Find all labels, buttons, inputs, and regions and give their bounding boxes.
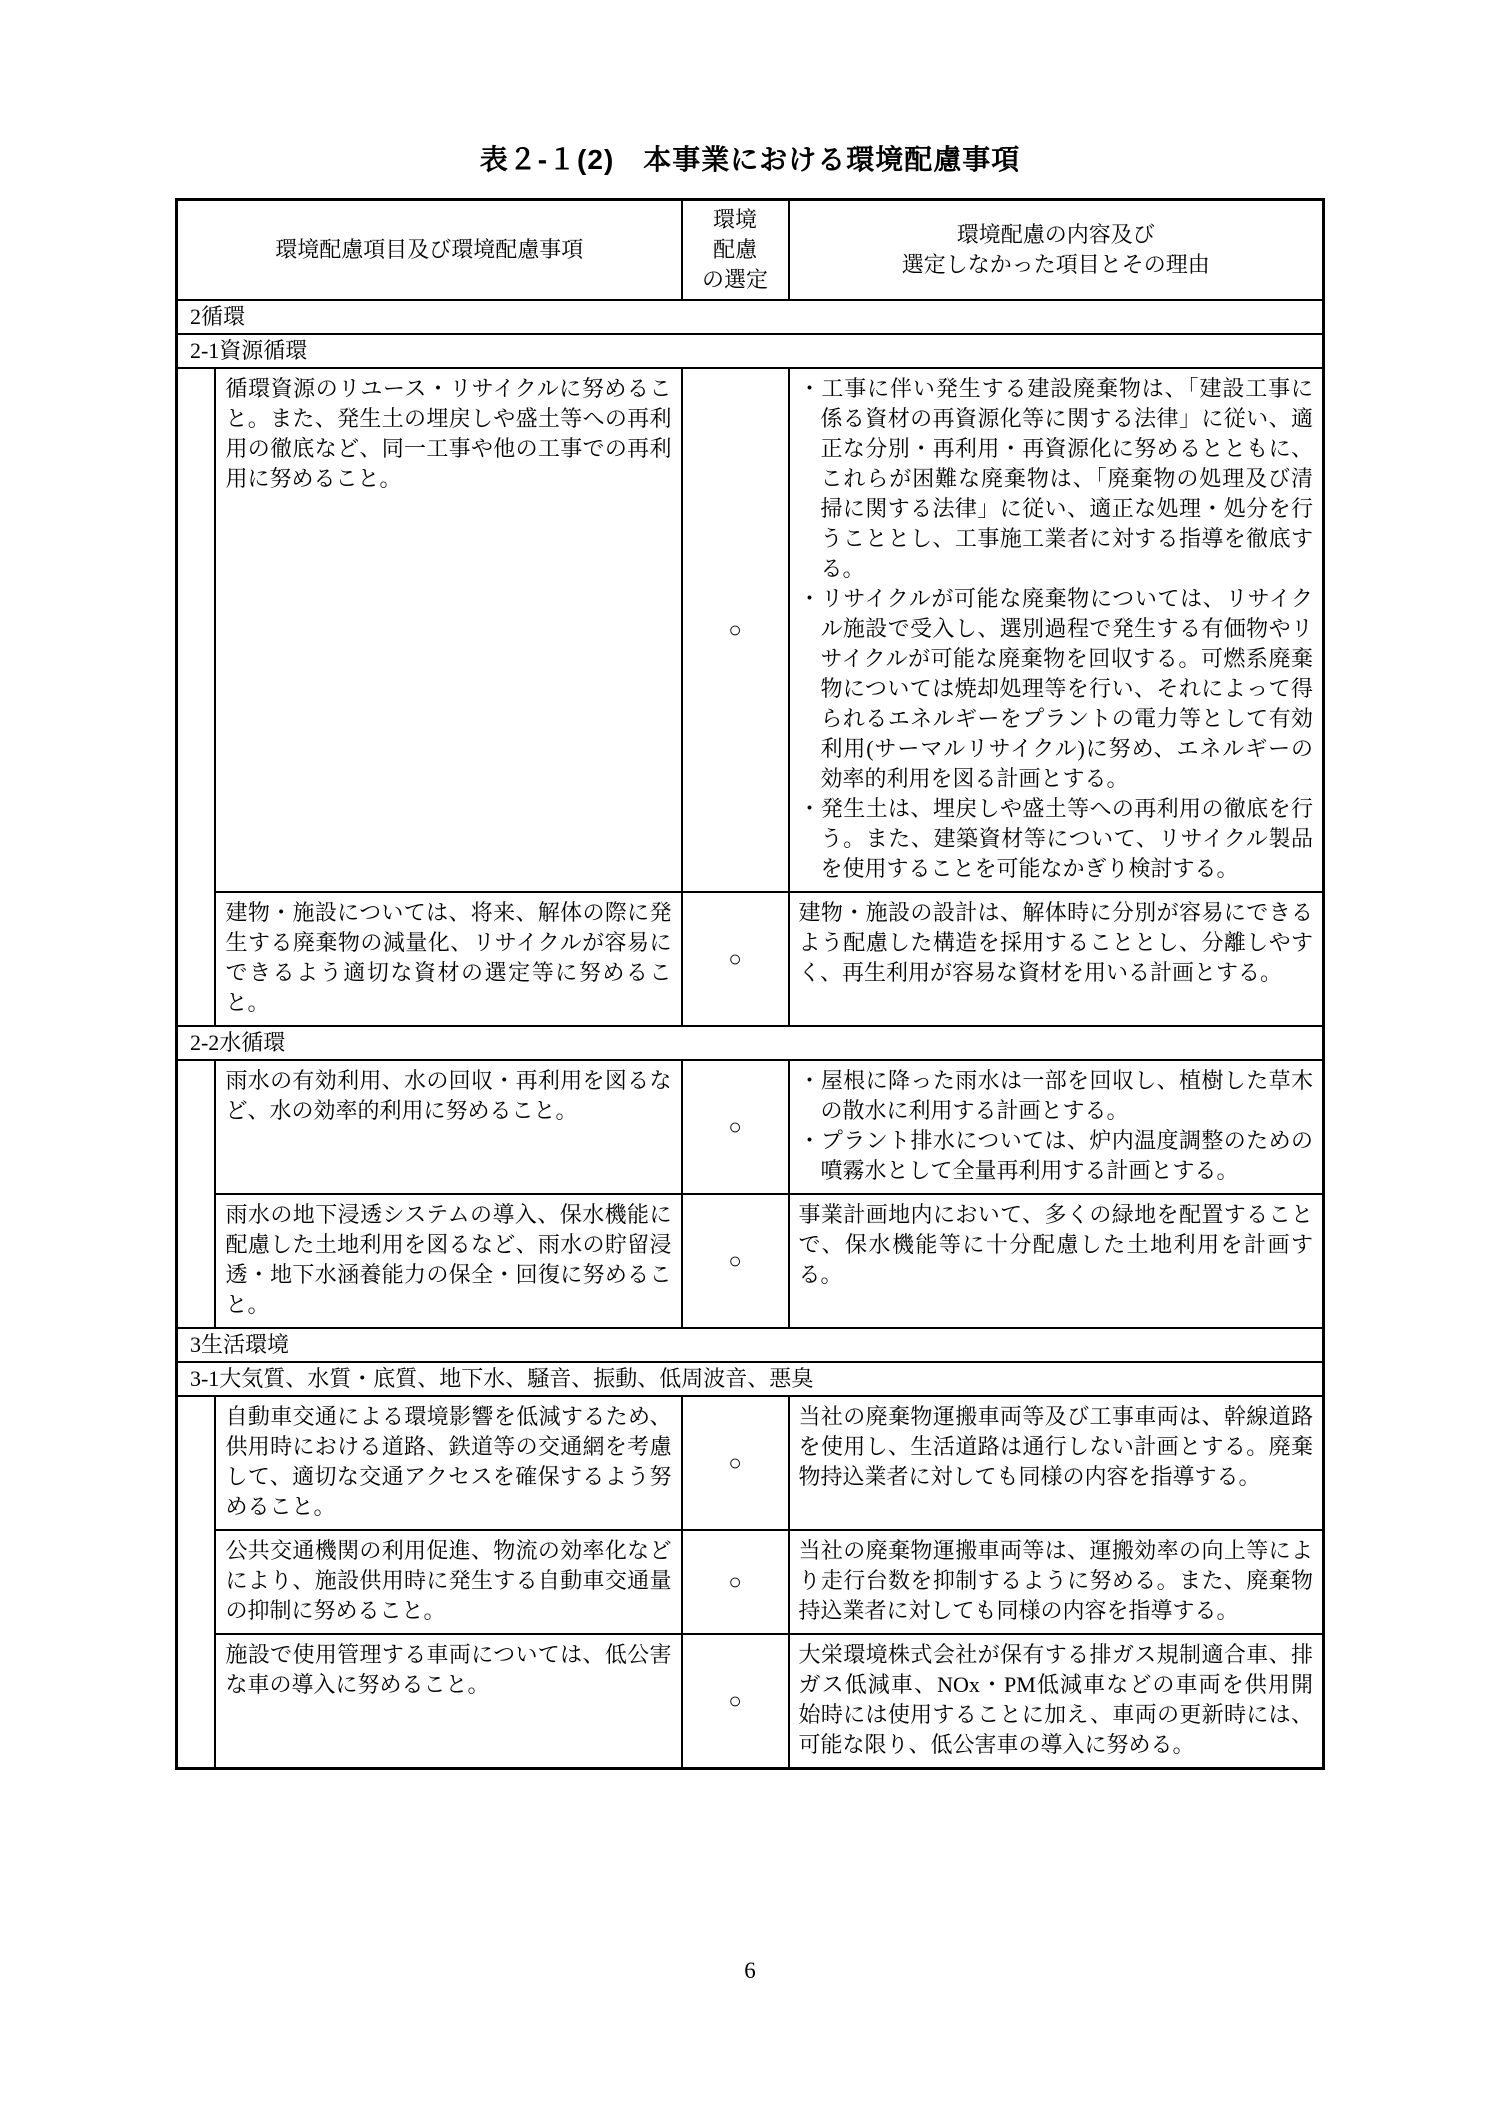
item-text: 雨水の地下浸透システムの導入、保水機能に配慮した土地利用を図るなど、雨水の貯留浸…	[215, 1194, 681, 1328]
section-label: 2-2水循環	[176, 1026, 1323, 1060]
header-selection-column: 環境 配慮 の選定	[682, 200, 789, 301]
selection-mark: ○	[682, 892, 789, 1026]
section-row: 2-1資源循環	[176, 334, 1323, 368]
page-number: 6	[0, 1958, 1500, 1984]
header-selection-line: の選定	[689, 265, 782, 295]
section-label: 3-1大気質、水質・底質、地下水、騒音、振動、低周波音、悪臭	[176, 1362, 1323, 1396]
section-row: 3生活環境	[176, 1328, 1323, 1362]
selection-mark: ○	[682, 1194, 789, 1328]
table-row: 施設で使用管理する車両については、低公害な車の導入に努めること。 ○ 大栄環境株…	[176, 1634, 1323, 1769]
item-text: 公共交通機関の利用促進、物流の効率化などにより、施設供用時に発生する自動車交通量…	[215, 1530, 681, 1634]
content-paragraph: 大栄環境株式会社が保有する排ガス規制適合車、排ガス低減車、NOx・PM低減車など…	[799, 1640, 1314, 1760]
item-text: 循環資源のリユース・リサイクルに努めること。また、発生土の埋戻しや盛土等への再利…	[215, 368, 681, 892]
content-text: ・屋根に降った雨水は一部を回収し、植樹した草木の散水に利用する計画とする。 ・プ…	[789, 1060, 1324, 1194]
content-paragraph: 当社の廃棄物運搬車両等及び工事車両は、幹線道路を使用し、生活道路は通行しない計画…	[799, 1402, 1314, 1492]
content-paragraph: 建物・施設の設計は、解体時に分別が容易にできるよう配慮した構造を採用することとし…	[799, 898, 1314, 988]
selection-mark: ○	[682, 1634, 789, 1769]
table-row: 雨水の有効利用、水の回収・再利用を図るなど、水の効率的利用に努めること。 ○ ・…	[176, 1060, 1323, 1194]
content-paragraph: 事業計画地内において、多くの緑地を配置することで、保水機能等に十分配慮した土地利…	[799, 1200, 1314, 1290]
document-page: 表２-１(2) 本事業における環境配慮事項 環境配慮項目及び環境配慮事項 環境 …	[0, 0, 1500, 2122]
section-label: 2循環	[176, 300, 1323, 334]
content-paragraph: ・発生土は、埋戻しや盛土等への再利用の徹底を行う。また、建築資材等について、リサ…	[799, 794, 1314, 884]
table-header-row: 環境配慮項目及び環境配慮事項 環境 配慮 の選定 環境配慮の内容及び 選定しなか…	[176, 200, 1323, 301]
indent-spacer	[176, 1396, 215, 1769]
item-text: 建物・施設については、将来、解体の際に発生する廃棄物の減量化、リサイクルが容易に…	[215, 892, 681, 1026]
section-row: 2-2水循環	[176, 1026, 1323, 1060]
header-selection-line: 環境	[689, 205, 782, 235]
header-content-column: 環境配慮の内容及び 選定しなかった項目とその理由	[789, 200, 1324, 301]
section-row: 2循環	[176, 300, 1323, 334]
table-row: 雨水の地下浸透システムの導入、保水機能に配慮した土地利用を図るなど、雨水の貯留浸…	[176, 1194, 1323, 1328]
content-text: ・工事に伴い発生する建設廃棄物は、「建設工事に係る資材の再資源化等に関する法律」…	[789, 368, 1324, 892]
content-paragraph: ・リサイクルが可能な廃棄物については、リサイクル施設で受入し、選別過程で発生する…	[799, 584, 1314, 794]
table-row: 建物・施設については、将来、解体の際に発生する廃棄物の減量化、リサイクルが容易に…	[176, 892, 1323, 1026]
section-label: 3生活環境	[176, 1328, 1323, 1362]
item-text: 自動車交通による環境影響を低減するため、供用時における道路、鉄道等の交通網を考慮…	[215, 1396, 681, 1530]
selection-mark: ○	[682, 368, 789, 892]
content-text: 当社の廃棄物運搬車両等及び工事車両は、幹線道路を使用し、生活道路は通行しない計画…	[789, 1396, 1324, 1530]
header-content-line: 選定しなかった項目とその理由	[796, 250, 1317, 280]
section-label: 2-1資源循環	[176, 334, 1323, 368]
header-content-line: 環境配慮の内容及び	[796, 220, 1317, 250]
table-row: 公共交通機関の利用促進、物流の効率化などにより、施設供用時に発生する自動車交通量…	[176, 1530, 1323, 1634]
indent-spacer	[176, 1060, 215, 1328]
selection-mark: ○	[682, 1060, 789, 1194]
content-paragraph: ・プラント排水については、炉内温度調整のための噴霧水として全量再利用する計画とす…	[799, 1126, 1314, 1186]
content-text: 大栄環境株式会社が保有する排ガス規制適合車、排ガス低減車、NOx・PM低減車など…	[789, 1634, 1324, 1769]
item-text: 雨水の有効利用、水の回収・再利用を図るなど、水の効率的利用に努めること。	[215, 1060, 681, 1194]
content-text: 建物・施設の設計は、解体時に分別が容易にできるよう配慮した構造を採用することとし…	[789, 892, 1324, 1026]
content-paragraph: 当社の廃棄物運搬車両等は、運搬効率の向上等により走行台数を抑制するように努める。…	[799, 1536, 1314, 1626]
content-text: 当社の廃棄物運搬車両等は、運搬効率の向上等により走行台数を抑制するように努める。…	[789, 1530, 1324, 1634]
item-text: 施設で使用管理する車両については、低公害な車の導入に努めること。	[215, 1634, 681, 1769]
table-row: 循環資源のリユース・リサイクルに努めること。また、発生土の埋戻しや盛土等への再利…	[176, 368, 1323, 892]
content-text: 事業計画地内において、多くの緑地を配置することで、保水機能等に十分配慮した土地利…	[789, 1194, 1324, 1328]
environmental-consideration-table: 環境配慮項目及び環境配慮事項 環境 配慮 の選定 環境配慮の内容及び 選定しなか…	[175, 198, 1325, 1770]
selection-mark: ○	[682, 1396, 789, 1530]
section-row: 3-1大気質、水質・底質、地下水、騒音、振動、低周波音、悪臭	[176, 1362, 1323, 1396]
content-paragraph: ・屋根に降った雨水は一部を回収し、植樹した草木の散水に利用する計画とする。	[799, 1066, 1314, 1126]
content-paragraph: ・工事に伴い発生する建設廃棄物は、「建設工事に係る資材の再資源化等に関する法律」…	[799, 374, 1314, 584]
header-selection-line: 配慮	[689, 235, 782, 265]
header-item-column: 環境配慮項目及び環境配慮事項	[176, 200, 681, 301]
selection-mark: ○	[682, 1530, 789, 1634]
table-row: 自動車交通による環境影響を低減するため、供用時における道路、鉄道等の交通網を考慮…	[176, 1396, 1323, 1530]
page-title: 表２-１(2) 本事業における環境配慮事項	[0, 0, 1500, 178]
indent-spacer	[176, 368, 215, 1026]
